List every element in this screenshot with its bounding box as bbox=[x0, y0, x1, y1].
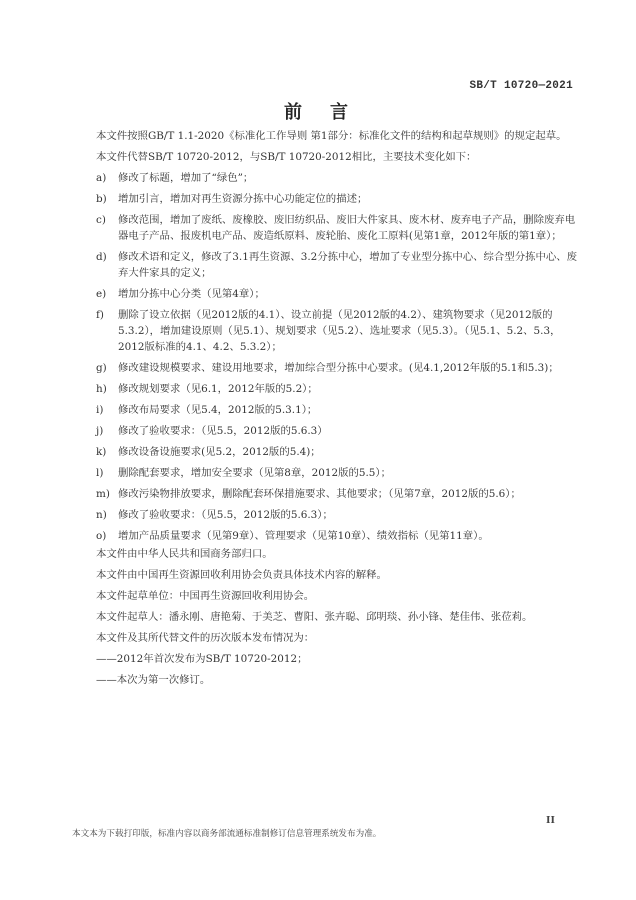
list-text: 增加引言，增加对再生资源分拣中心功能定位的描述； bbox=[118, 191, 583, 207]
list-text: 增加分拣中心分类（见第4章）； bbox=[118, 286, 583, 302]
list-marker: n) bbox=[75, 507, 118, 523]
list-item: j)修改了验收要求：（见5.5，2012版的5.6.3） bbox=[75, 423, 583, 439]
list-text: 删除配套要求，增加安全要求（见第8章，2012版的5.5）； bbox=[118, 465, 583, 481]
preface-body: 本文件按照GB/T 1.1-2020《标准化工作导则 第1部分：标准化文件的结构… bbox=[75, 128, 583, 693]
list-marker: h) bbox=[75, 381, 118, 397]
list-text: 修改布局要求（见5.4，2012版的5.3.1）； bbox=[118, 402, 583, 418]
list-item: o)增加产品质量要求（见第9章）、管理要求（见第10章）、绩效指标（见第11章）… bbox=[75, 528, 583, 544]
page-title: 前言 bbox=[0, 98, 636, 124]
standard-code: SB/T 10720—2021 bbox=[469, 80, 573, 92]
history-item: ——本次为第一次修订。 bbox=[75, 672, 583, 688]
page-number: II bbox=[546, 815, 555, 826]
list-item: f)删除了设立依据（见2012版的4.1）、设立前提（见2012版的4.2）、建… bbox=[75, 307, 583, 355]
list-text: 修改了标题，增加了“绿色”； bbox=[118, 170, 583, 186]
list-text: 修改建设规模要求、建设用地要求，增加综合型分拣中心要求。(见4.1,2012年版… bbox=[118, 360, 583, 376]
list-item: g)修改建设规模要求、建设用地要求，增加综合型分拣中心要求。(见4.1,2012… bbox=[75, 360, 583, 376]
list-marker: j) bbox=[75, 423, 118, 439]
list-item: b)增加引言，增加对再生资源分拣中心功能定位的描述； bbox=[75, 191, 583, 207]
history-item: ——2012年首次发布为SB/T 10720-2012； bbox=[75, 651, 583, 667]
footer-note: 本文本为下载打印版，标准内容以商务部流通标准制修订信息管理系统发布为准。 bbox=[72, 827, 381, 839]
closing-paragraph-5: 本文件及其所代替文件的历次版本发布情况为： bbox=[75, 630, 583, 646]
list-text: 删除了设立依据（见2012版的4.1）、设立前提（见2012版的4.2）、建筑物… bbox=[118, 307, 583, 355]
closing-paragraph-4: 本文件起草人：潘永刚、唐艳菊、于美芝、曹阳、张卉聪、邱明琰、孙小锋、楚佳伟、张莅… bbox=[75, 609, 583, 625]
list-item: c)修改范围，增加了废纸、废橡胶、废旧纺织品、废旧大件家具、废木材、废弃电子产品… bbox=[75, 212, 583, 244]
list-marker: d) bbox=[75, 249, 118, 281]
list-marker: l) bbox=[75, 465, 118, 481]
list-text: 修改规划要求（见6.1，2012年版的5.2）； bbox=[118, 381, 583, 397]
list-item: d)修改术语和定义，修改了3.1再生资源、3.2分拣中心，增加了专业型分拣中心、… bbox=[75, 249, 583, 281]
list-marker: m) bbox=[75, 486, 118, 502]
list-marker: c) bbox=[75, 212, 118, 244]
list-marker: k) bbox=[75, 444, 118, 460]
list-item: h)修改规划要求（见6.1，2012年版的5.2）； bbox=[75, 381, 583, 397]
list-marker: e) bbox=[75, 286, 118, 302]
list-item: e)增加分拣中心分类（见第4章）； bbox=[75, 286, 583, 302]
list-text: 修改了验收要求：（见5.5，2012版的5.6.3） bbox=[118, 423, 583, 439]
list-text: 修改了验收要求：（见5.5，2012版的5.6.3）； bbox=[118, 507, 583, 523]
list-text: 修改污染物排放要求，删除配套环保措施要求、其他要求；（见第7章，2012版的5.… bbox=[118, 486, 583, 502]
closing-paragraph-3: 本文件起草单位：中国再生资源回收利用协会。 bbox=[75, 588, 583, 604]
list-item: l)删除配套要求，增加安全要求（见第8章，2012版的5.5）； bbox=[75, 465, 583, 481]
list-marker: o) bbox=[75, 528, 118, 544]
closing-paragraph-1: 本文件由中华人民共和国商务部归口。 bbox=[75, 546, 583, 562]
list-text: 修改设备设施要求(见5.2，2012版的5.4)； bbox=[118, 444, 583, 460]
intro-paragraph-1: 本文件按照GB/T 1.1-2020《标准化工作导则 第1部分：标准化文件的结构… bbox=[75, 128, 583, 144]
list-text: 修改范围，增加了废纸、废橡胶、废旧纺织品、废旧大件家具、废木材、废弃电子产品，删… bbox=[118, 212, 583, 244]
changes-list: a)修改了标题，增加了“绿色”； b)增加引言，增加对再生资源分拣中心功能定位的… bbox=[75, 170, 583, 544]
list-item: a)修改了标题，增加了“绿色”； bbox=[75, 170, 583, 186]
list-text: 修改术语和定义，修改了3.1再生资源、3.2分拣中心，增加了专业型分拣中心、综合… bbox=[118, 249, 583, 281]
list-marker: i) bbox=[75, 402, 118, 418]
list-marker: g) bbox=[75, 360, 118, 376]
list-marker: f) bbox=[75, 307, 118, 355]
list-marker: a) bbox=[75, 170, 118, 186]
closing-paragraph-2: 本文件由中国再生资源回收利用协会负责具体技术内容的解释。 bbox=[75, 567, 583, 583]
list-marker: b) bbox=[75, 191, 118, 207]
list-item: k)修改设备设施要求(见5.2，2012版的5.4)； bbox=[75, 444, 583, 460]
list-item: n)修改了验收要求：（见5.5，2012版的5.6.3）； bbox=[75, 507, 583, 523]
list-item: m)修改污染物排放要求，删除配套环保措施要求、其他要求；（见第7章，2012版的… bbox=[75, 486, 583, 502]
list-text: 增加产品质量要求（见第9章）、管理要求（见第10章）、绩效指标（见第11章）。 bbox=[118, 528, 583, 544]
intro-paragraph-2: 本文件代替SB/T 10720-2012，与SB/T 10720-2012相比，… bbox=[75, 149, 583, 165]
list-item: i)修改布局要求（见5.4，2012版的5.3.1）； bbox=[75, 402, 583, 418]
